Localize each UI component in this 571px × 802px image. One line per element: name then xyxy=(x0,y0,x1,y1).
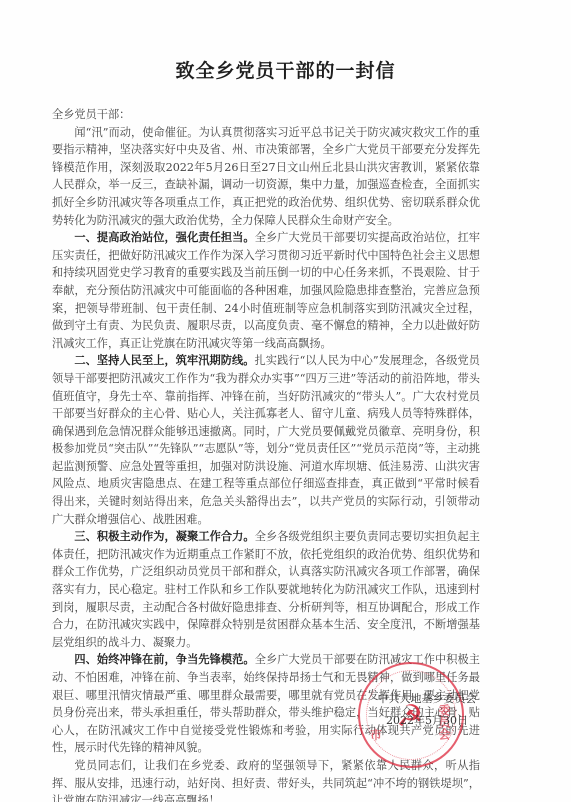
salutation: 全乡党员干部： xyxy=(52,106,480,124)
section-heading-2: 二、坚持人民至上，筑牢汛期防线。 xyxy=(74,354,254,367)
section-heading-3: 三、积极主动作为，凝聚工作合力。 xyxy=(74,530,254,543)
paragraph-section-3: 三、积极主动作为，凝聚工作合力。全乡各级党组织主要负责同志要切实担负起主体责任，… xyxy=(52,528,480,651)
paragraph-section-1: 一、提高政治站位，强化责任担当。全乡广大党员干部要切实提高政治站位，扛牢压实责任… xyxy=(52,229,480,352)
section-heading-4: 四、始终冲锋在前，争当先锋模范。 xyxy=(74,653,254,666)
paragraph-intro: 闻“汛”而动，使命催征。为认真贯彻落实习近平总书记关于防灾减灾救灾工作的重要指示… xyxy=(52,124,480,230)
section-text-2: 扎实践行“以人民为中心”发展理念，各级党员领导干部要把防汛减灾工作作为“我为群众… xyxy=(52,354,480,525)
paragraph-section-2: 二、坚持人民至上，筑牢汛期防线。扎实践行“以人民为中心”发展理念，各级党员领导干… xyxy=(52,352,480,528)
letter-page: 致全乡党员干部的一封信 全乡党员干部： 闻“汛”而动，使命催征。为认真贯彻落实习… xyxy=(0,0,571,802)
document-title: 致全乡党员干部的一封信 xyxy=(0,56,571,83)
section-heading-1: 一、提高政治站位，强化责任担当。 xyxy=(74,231,254,244)
signature-block: 中共大地基乡委员会 2022年5月30日 xyxy=(372,688,482,732)
signature-org: 中共大地基乡委员会 xyxy=(372,688,482,710)
paragraph-text: 闻“汛”而动，使命催征。为认真贯彻落实习近平总书记关于防灾减灾救灾工作的重要指示… xyxy=(52,126,480,227)
section-text-3: 全乡各级党组织主要负责同志要切实担负起主体责任，把防汛减灾作为近期重点工作紧盯不… xyxy=(52,530,480,649)
signature-date: 2022年5月30日 xyxy=(372,710,482,732)
section-text-1: 全乡广大党员干部要切实提高政治站位，扛牢压实责任，把做好防汛减灾工作作为深入学习… xyxy=(52,231,480,350)
